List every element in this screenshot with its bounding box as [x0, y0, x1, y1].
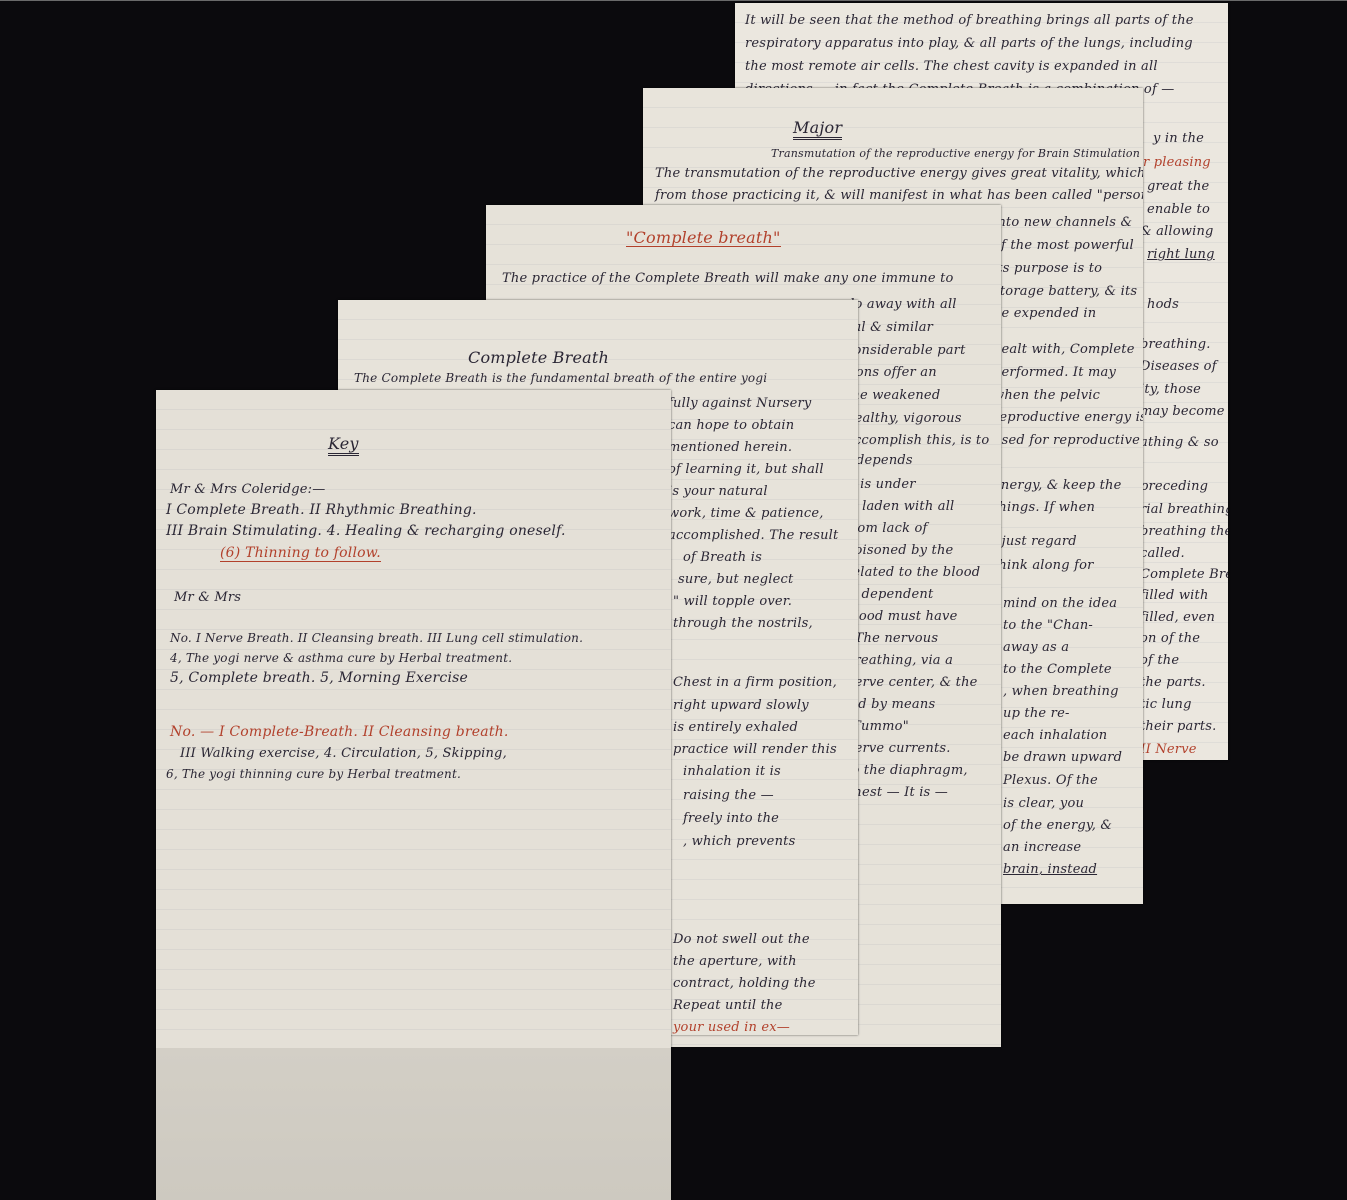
text-line: to the "Chan-	[1003, 618, 1093, 634]
text-line: blood must have	[846, 609, 957, 625]
text-line: raising the —	[683, 788, 774, 804]
text-line: breathing the	[1140, 524, 1228, 540]
text-line: y in the	[1153, 131, 1204, 147]
text-line: dealt with, Complete	[993, 342, 1135, 358]
text-line: hods	[1147, 297, 1179, 313]
paper-fold	[156, 1048, 671, 1200]
text-line: freely into the	[683, 811, 779, 827]
text-line: accomplished. The result	[668, 528, 838, 544]
text-line: right lung	[1147, 247, 1215, 263]
text-line: led by means	[846, 697, 935, 713]
text-line: great the	[1147, 179, 1209, 195]
text-line: is your natural	[668, 484, 768, 500]
text-line: the aperture, with	[673, 954, 797, 970]
text-line: enable to	[1147, 202, 1210, 218]
text-line: to the Complete	[1003, 662, 1112, 678]
text-line: away as a	[1003, 640, 1069, 656]
text-line: work, time & patience,	[668, 506, 824, 522]
text-line: III Brain Stimulating. 4. Healing & rech…	[166, 523, 566, 539]
text-line: nerve currents.	[846, 741, 951, 757]
text-line: of the	[1140, 653, 1179, 669]
text-line: & allowing	[1140, 224, 1214, 240]
text-line: The practice of the Complete Breath will…	[502, 271, 954, 287]
text-line: It will be seen that the method of breat…	[745, 13, 1194, 29]
text-line: 6, The yogi thinning cure by Herbal trea…	[166, 766, 461, 782]
text-line: inhalation it is	[683, 764, 781, 780]
text-line: breathing, via a	[846, 653, 953, 669]
text-line: Mr & Mrs	[174, 590, 241, 606]
manuscript-page-key: Key Mr & Mrs Coleridge:— I Complete Brea…	[156, 390, 671, 1200]
text-line: III Nerve	[1135, 742, 1197, 758]
text-line: Chest in a firm position,	[673, 675, 837, 691]
text-line: its purpose is to	[993, 261, 1102, 277]
text-line: the weakened	[846, 388, 940, 404]
text-line: of the energy, &	[1003, 818, 1112, 834]
text-line: of learning it, but shall	[668, 462, 824, 478]
text-line: may become	[1140, 404, 1225, 420]
text-line: healthy, vigorous	[846, 411, 962, 427]
text-line: respiratory apparatus into play, & all p…	[745, 36, 1193, 52]
text-line: related to the blood	[846, 565, 980, 581]
text-line: reproductive energy is	[993, 410, 1143, 426]
text-line: poisoned by the	[846, 543, 953, 559]
text-line: chest — It is —	[846, 785, 948, 801]
text-line: the most remote air cells. The chest cav…	[745, 59, 1158, 75]
page-heading: Major	[793, 120, 842, 140]
text-line: storage battery, & its	[993, 284, 1137, 300]
text-line: 5, Complete breath. 5, Morning Exercise	[170, 670, 468, 686]
text-line: from lack of	[846, 521, 928, 537]
text-line: III Walking exercise, 4. Circulation, 5,…	[180, 746, 507, 762]
text-line: (6) Thinning to follow.	[220, 545, 381, 562]
text-line: mentioned herein.	[668, 440, 792, 456]
text-line: & laden with all	[846, 499, 954, 515]
text-line: ity, those	[1140, 382, 1201, 398]
text-line: or pleasing	[1135, 155, 1211, 171]
page-heading: Complete Breath	[468, 350, 609, 366]
text-line: accomplish this, is to	[846, 433, 989, 449]
text-line: The transmutation of the reproductive en…	[655, 166, 1143, 182]
text-line: filled with	[1140, 588, 1209, 604]
text-line: energy, & keep the	[993, 478, 1122, 494]
text-line: preceding	[1140, 479, 1208, 495]
text-line: tions offer an	[846, 365, 937, 381]
text-line: brain, instead	[1003, 862, 1097, 878]
text-line: up the re-	[1003, 706, 1070, 722]
text-line: " will topple over.	[673, 594, 792, 610]
text-line: depends	[856, 453, 913, 469]
text-line: I Complete Breath. II Rhythmic Breathing…	[166, 502, 477, 518]
text-line: Repeat until the	[673, 998, 783, 1014]
text-line: fully against Nursery	[668, 396, 811, 412]
text-line: be expended in	[993, 306, 1096, 322]
text-line: considerable part	[846, 343, 966, 359]
text-line: think along for	[993, 558, 1094, 574]
page-heading: "Complete breath"	[626, 230, 781, 247]
text-line: Plexus. Of the	[1003, 773, 1098, 789]
text-line: is dependent	[846, 587, 933, 603]
text-line: of Breath is	[683, 550, 762, 566]
text-line: filled, even	[1140, 610, 1215, 626]
text-line: is entirely exhaled	[673, 720, 798, 736]
text-line: used for reproductive	[993, 433, 1140, 449]
text-line: can hope to obtain	[668, 418, 794, 434]
text-line: rial breathing	[1140, 502, 1228, 518]
text-line: an increase	[1003, 840, 1081, 856]
text-line: each inhalation	[1003, 728, 1107, 744]
text-line: , just regard	[993, 534, 1077, 550]
text-line: Do not swell out the	[673, 932, 810, 948]
text-line: is clear, you	[1003, 796, 1084, 812]
text-line: things. If when	[993, 500, 1095, 516]
text-line: , which prevents	[683, 834, 795, 850]
text-line: do away with all	[846, 297, 957, 313]
text-line: . The nervous	[846, 631, 938, 647]
text-line: through the nostrils,	[673, 616, 813, 632]
text-line: No. — I Complete-Breath. II Cleansing br…	[170, 724, 509, 740]
text-line: tic lung	[1140, 697, 1192, 713]
text-line: be drawn upward	[1003, 750, 1122, 766]
text-line: practice will render this	[673, 742, 837, 758]
top-edge-line	[0, 0, 1347, 1]
text-line: your used in ex—	[673, 1020, 790, 1035]
text-line: sure, but neglect	[678, 572, 793, 588]
text-line: on of the	[1140, 631, 1200, 647]
text-line: into new channels &	[993, 215, 1132, 231]
text-line: the parts.	[1140, 675, 1206, 691]
text-line: 4, The yogi nerve & asthma cure by Herba…	[170, 650, 512, 666]
text-line: when the pelvic	[993, 388, 1100, 404]
text-line: athing & so	[1140, 435, 1219, 451]
text-line: called.	[1140, 546, 1185, 562]
text-line: Mr & Mrs Coleridge:—	[170, 482, 325, 498]
text-line: nerve center, & the	[846, 675, 978, 691]
text-line: their parts.	[1140, 719, 1217, 735]
text-line: mind on the idea	[1003, 596, 1117, 612]
text-line: Complete Breath	[1140, 567, 1228, 583]
text-line: , when breathing	[1003, 684, 1119, 700]
text-line: of the most powerful	[993, 238, 1134, 254]
text-line: right upward slowly	[673, 698, 809, 714]
text-line: The Complete Breath is the fundamental b…	[354, 370, 767, 386]
text-line: cal & similar	[846, 320, 933, 336]
text-line: from those practicing it, & will manifes…	[655, 188, 1143, 204]
text-line: to the diaphragm,	[846, 763, 968, 779]
page-subheading: Transmutation of the reproductive energy…	[771, 146, 1140, 162]
text-line: No. I Nerve Breath. II Cleansing breath.…	[170, 630, 583, 646]
page-heading: Key	[328, 436, 359, 456]
text-line: performed. It may	[993, 365, 1116, 381]
text-line: breathing.	[1140, 337, 1211, 353]
text-line: Diseases of	[1140, 359, 1217, 375]
text-line: contract, holding the	[673, 976, 816, 992]
